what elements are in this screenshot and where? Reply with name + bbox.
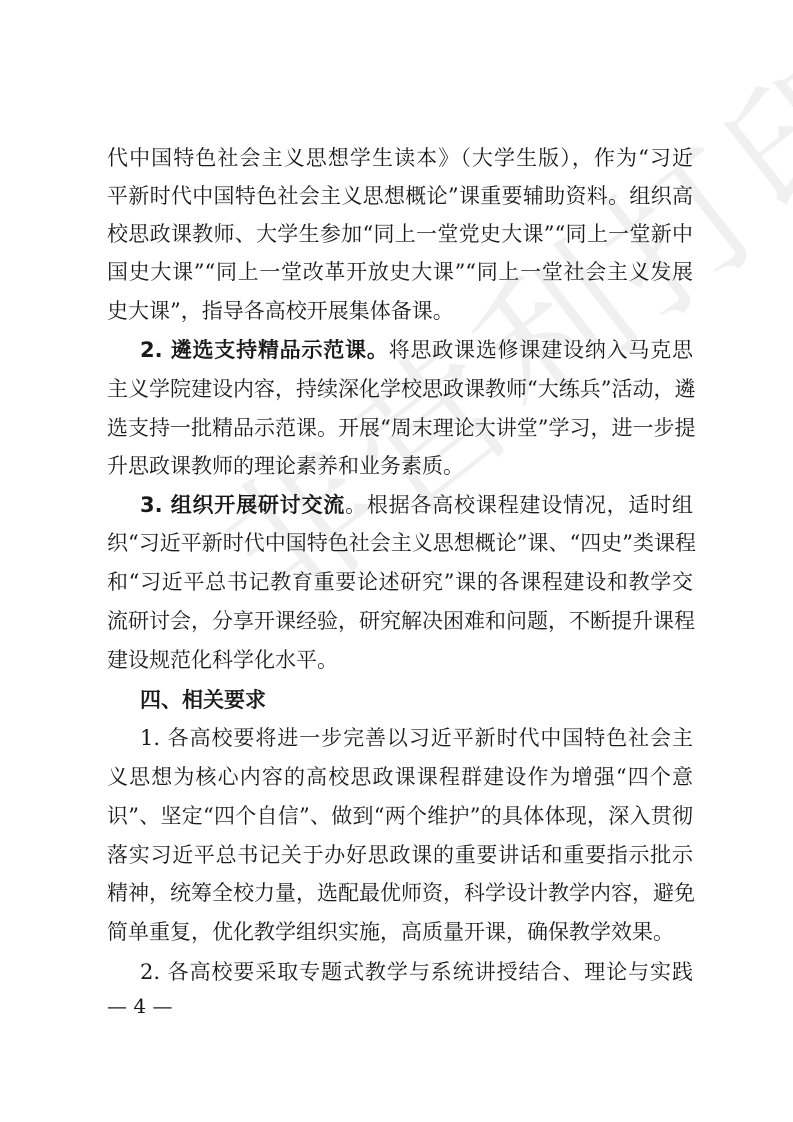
requirement-2-first-line: 2. 各高校要采取专题式教学与系统讲授结合、理论与实践	[140, 957, 693, 987]
page-number: — 4 —	[107, 991, 172, 1021]
paragraph-line: 代中国特色社会主义思想学生读本》（大学生版），作为“习近	[107, 143, 693, 173]
paragraph-line: 义思想为核心内容的高校思政课课程群建设作为增强“四个意	[107, 762, 693, 792]
item-2-text: 将思政课选修课建设纳入马克思	[389, 338, 693, 362]
paragraph-line: 升思政课教师的理论素养和业务素质。	[107, 451, 693, 481]
document-page: 非营利打印 代中国特色社会主义思想学生读本》（大学生版），作为“习近 平新时代中…	[0, 0, 793, 1122]
paragraph-line: 国史大课”“同上一堂改革开放史大课”“同上一堂社会主义发展	[107, 257, 693, 287]
item-3-first-line: 3. 组织开展研讨交流。根据各高校课程建设情况，适时组	[140, 490, 693, 520]
section-heading: 四、相关要求	[140, 685, 693, 715]
paragraph-line: 平新时代中国特色社会主义思想概论”课重要辅助资料。组织高	[107, 181, 693, 211]
paragraph-line: 简单重复，优化教学组织实施，高质量开课，确保教学效果。	[107, 917, 693, 947]
paragraph-line: 织“习近平新时代中国特色社会主义思想概论”课、“四史”类课程	[107, 528, 693, 558]
paragraph-line: 校思政课教师、大学生参加“同上一堂党史大课”“同上一堂新中	[107, 219, 693, 249]
item-3-title: 3. 组织开展研讨交流	[140, 493, 345, 517]
paragraph-line: 精神，统筹全校力量，选配最优师资，科学设计教学内容，避免	[107, 878, 693, 908]
paragraph-line: 落实习近平总书记关于办好思政课的重要讲话和重要指示批示	[107, 840, 693, 870]
paragraph-line: 流研讨会，分享开课经验，研究解决困难和问题，不断提升课程	[107, 606, 693, 636]
paragraph-line: 史大课”，指导各高校开展集体备课。	[107, 296, 693, 326]
item-2-first-line: 2. 遴选支持精品示范课。将思政课选修课建设纳入马克思	[140, 335, 693, 365]
paragraph-line: 识”、坚定“四个自信”、做到“两个维护”的具体体现，深入贯彻	[107, 801, 693, 831]
paragraph-line: 和“习近平总书记教育重要论述研究”课的各课程建设和教学交	[107, 567, 693, 597]
requirement-1-first-line: 1. 各高校要将进一步完善以习近平新时代中国特色社会主	[140, 723, 693, 753]
item-2-title: 2. 遴选支持精品示范课。	[140, 338, 389, 362]
paragraph-line: 建设规范化科学化水平。	[107, 645, 693, 675]
paragraph-line: 主义学院建设内容，持续深化学校思政课教师“大练兵”活动，遴	[107, 374, 693, 404]
item-3-text: 。根据各高校课程建设情况，适时组	[345, 493, 693, 517]
paragraph-line: 选支持一批精品示范课。开展“周末理论大讲堂”学习，进一步提	[107, 413, 693, 443]
